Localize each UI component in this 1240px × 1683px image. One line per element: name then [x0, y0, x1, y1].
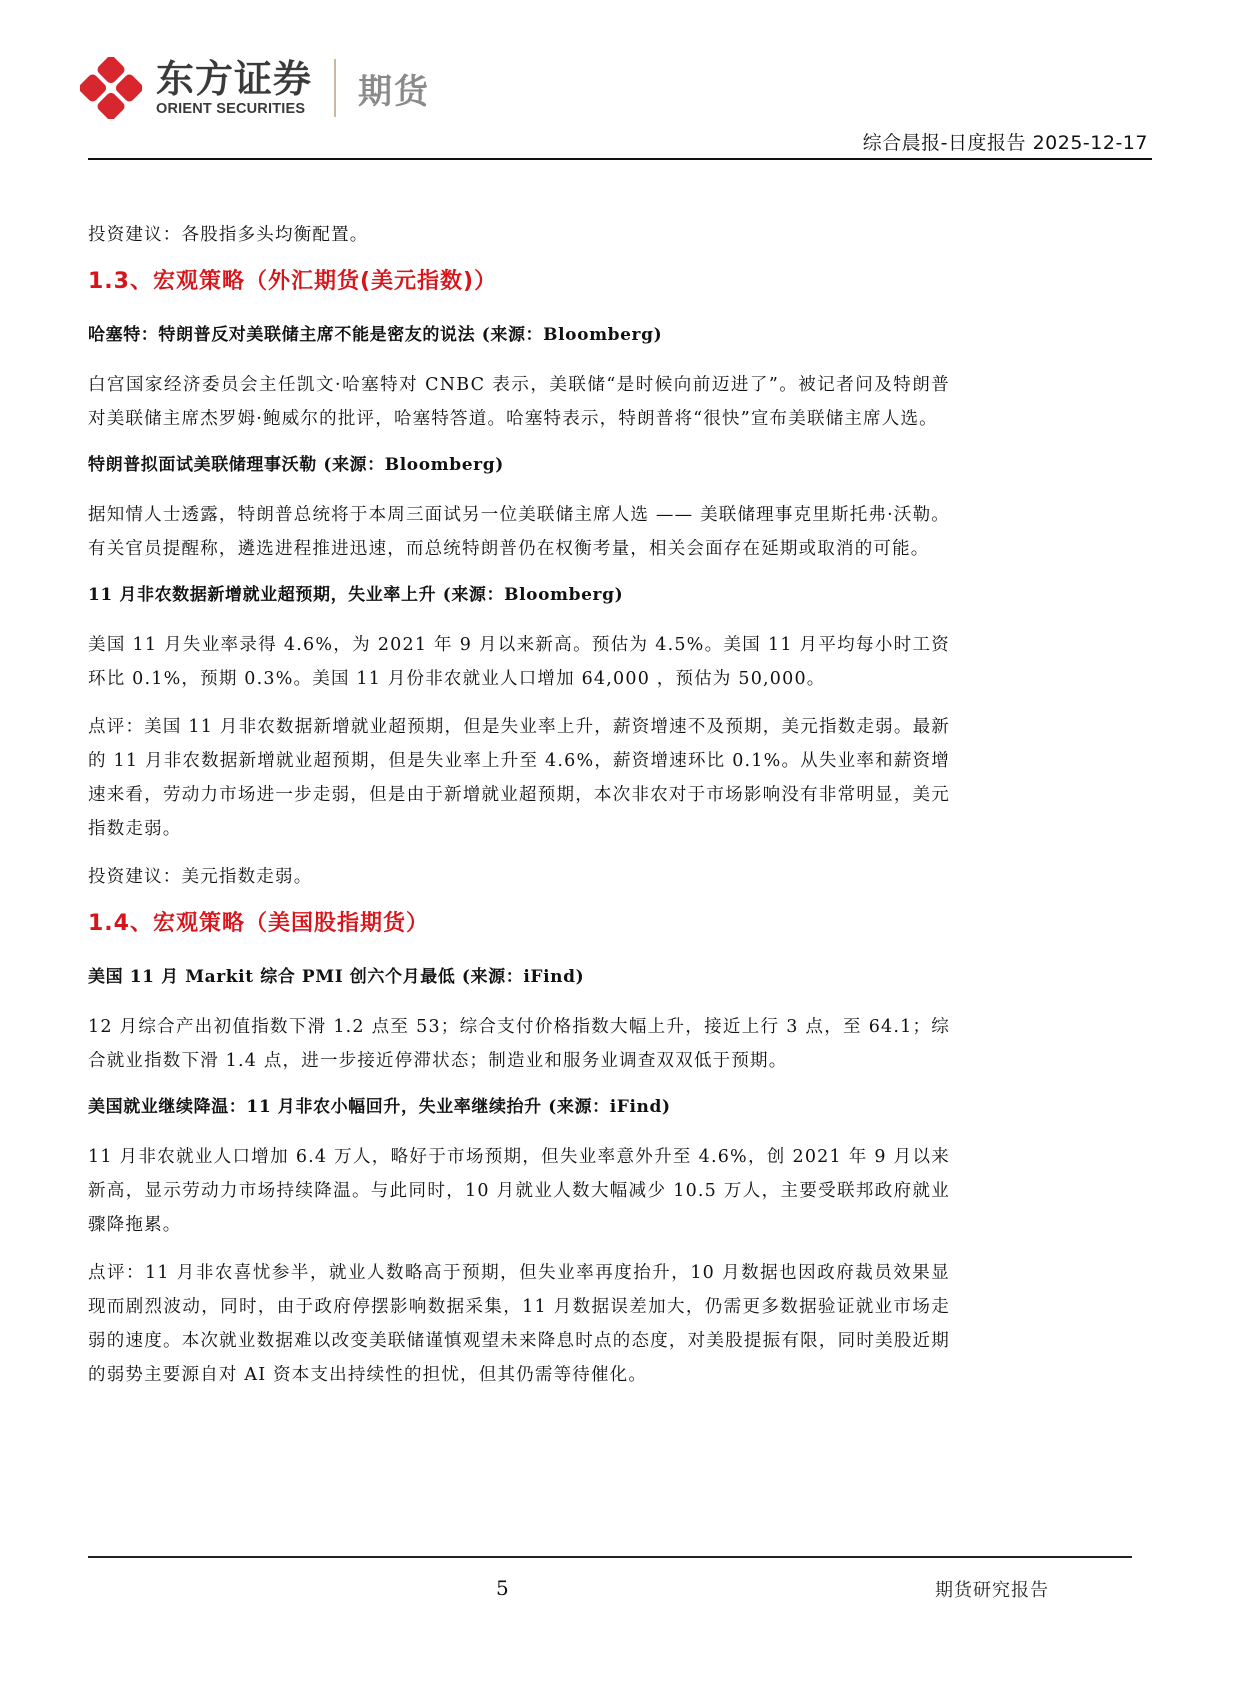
news-title: 美国 11 月 Markit 综合 PMI 创六个月最低 (来源：iFind) [88, 962, 950, 992]
company-logo: 东方证券 ORIENT SECURITIES 期货 [80, 48, 430, 128]
report-title: 综合晨报-日度报告 2025-12-17 [863, 128, 1148, 155]
footer-divider [88, 1556, 1132, 1558]
header-divider [88, 158, 1152, 160]
report-page: 东方证券 ORIENT SECURITIES 期货 综合晨报-日度报告 2025… [0, 0, 1240, 1683]
news-title: 哈塞特：特朗普反对美联储主席不能是密友的说法 (来源：Bloomberg) [88, 320, 950, 350]
news-body: 据知情人士透露，特朗普总统将于本周三面试另一位美联储主席人选 —— 美联储理事克… [88, 498, 950, 566]
news-title: 11 月非农数据新增就业超预期，失业率上升 (来源：Bloomberg) [88, 580, 950, 610]
news-title: 美国就业继续降温：11 月非农小幅回升，失业率继续抬升 (来源：iFind) [88, 1092, 950, 1122]
comment-paragraph: 点评：11 月非农喜忧参半，就业人数略高于预期，但失业率再度抬升，10 月数据也… [88, 1256, 950, 1392]
investment-advice: 投资建议：美元指数走弱。 [88, 860, 950, 894]
section-heading-1-4: 1.4、宏观策略（美国股指期货） [88, 908, 950, 940]
news-body: 白宫国家经济委员会主任凯文·哈塞特对 CNBC 表示，美联储“是时候向前迈进了”… [88, 368, 950, 436]
brand-name-cn: 东方证券 [156, 59, 312, 99]
footer-label: 期货研究报告 [935, 1576, 1049, 1602]
report-body: 投资建议：各股指多头均衡配置。 1.3、宏观策略（外汇期货(美元指数)） 哈塞特… [88, 218, 950, 1406]
orient-logo-icon [80, 57, 142, 119]
section-heading-1-3: 1.3、宏观策略（外汇期货(美元指数)） [88, 266, 950, 298]
brand-subtitle: 期货 [358, 64, 430, 113]
news-body: 美国 11 月失业率录得 4.6%，为 2021 年 9 月以来新高。预估为 4… [88, 628, 950, 696]
page-number: 5 [496, 1576, 509, 1600]
intro-advice: 投资建议：各股指多头均衡配置。 [88, 218, 950, 252]
news-body: 11 月非农就业人口增加 6.4 万人，略好于市场预期，但失业率意外升至 4.6… [88, 1140, 950, 1242]
news-title: 特朗普拟面试美联储理事沃勒 (来源：Bloomberg) [88, 450, 950, 480]
logo-separator [334, 59, 336, 117]
news-body: 12 月综合产出初值指数下滑 1.2 点至 53；综合支付价格指数大幅上升，接近… [88, 1010, 950, 1078]
comment-paragraph: 点评：美国 11 月非农数据新增就业超预期，但是失业率上升，薪资增速不及预期，美… [88, 710, 950, 846]
brand-name-en: ORIENT SECURITIES [156, 101, 312, 117]
